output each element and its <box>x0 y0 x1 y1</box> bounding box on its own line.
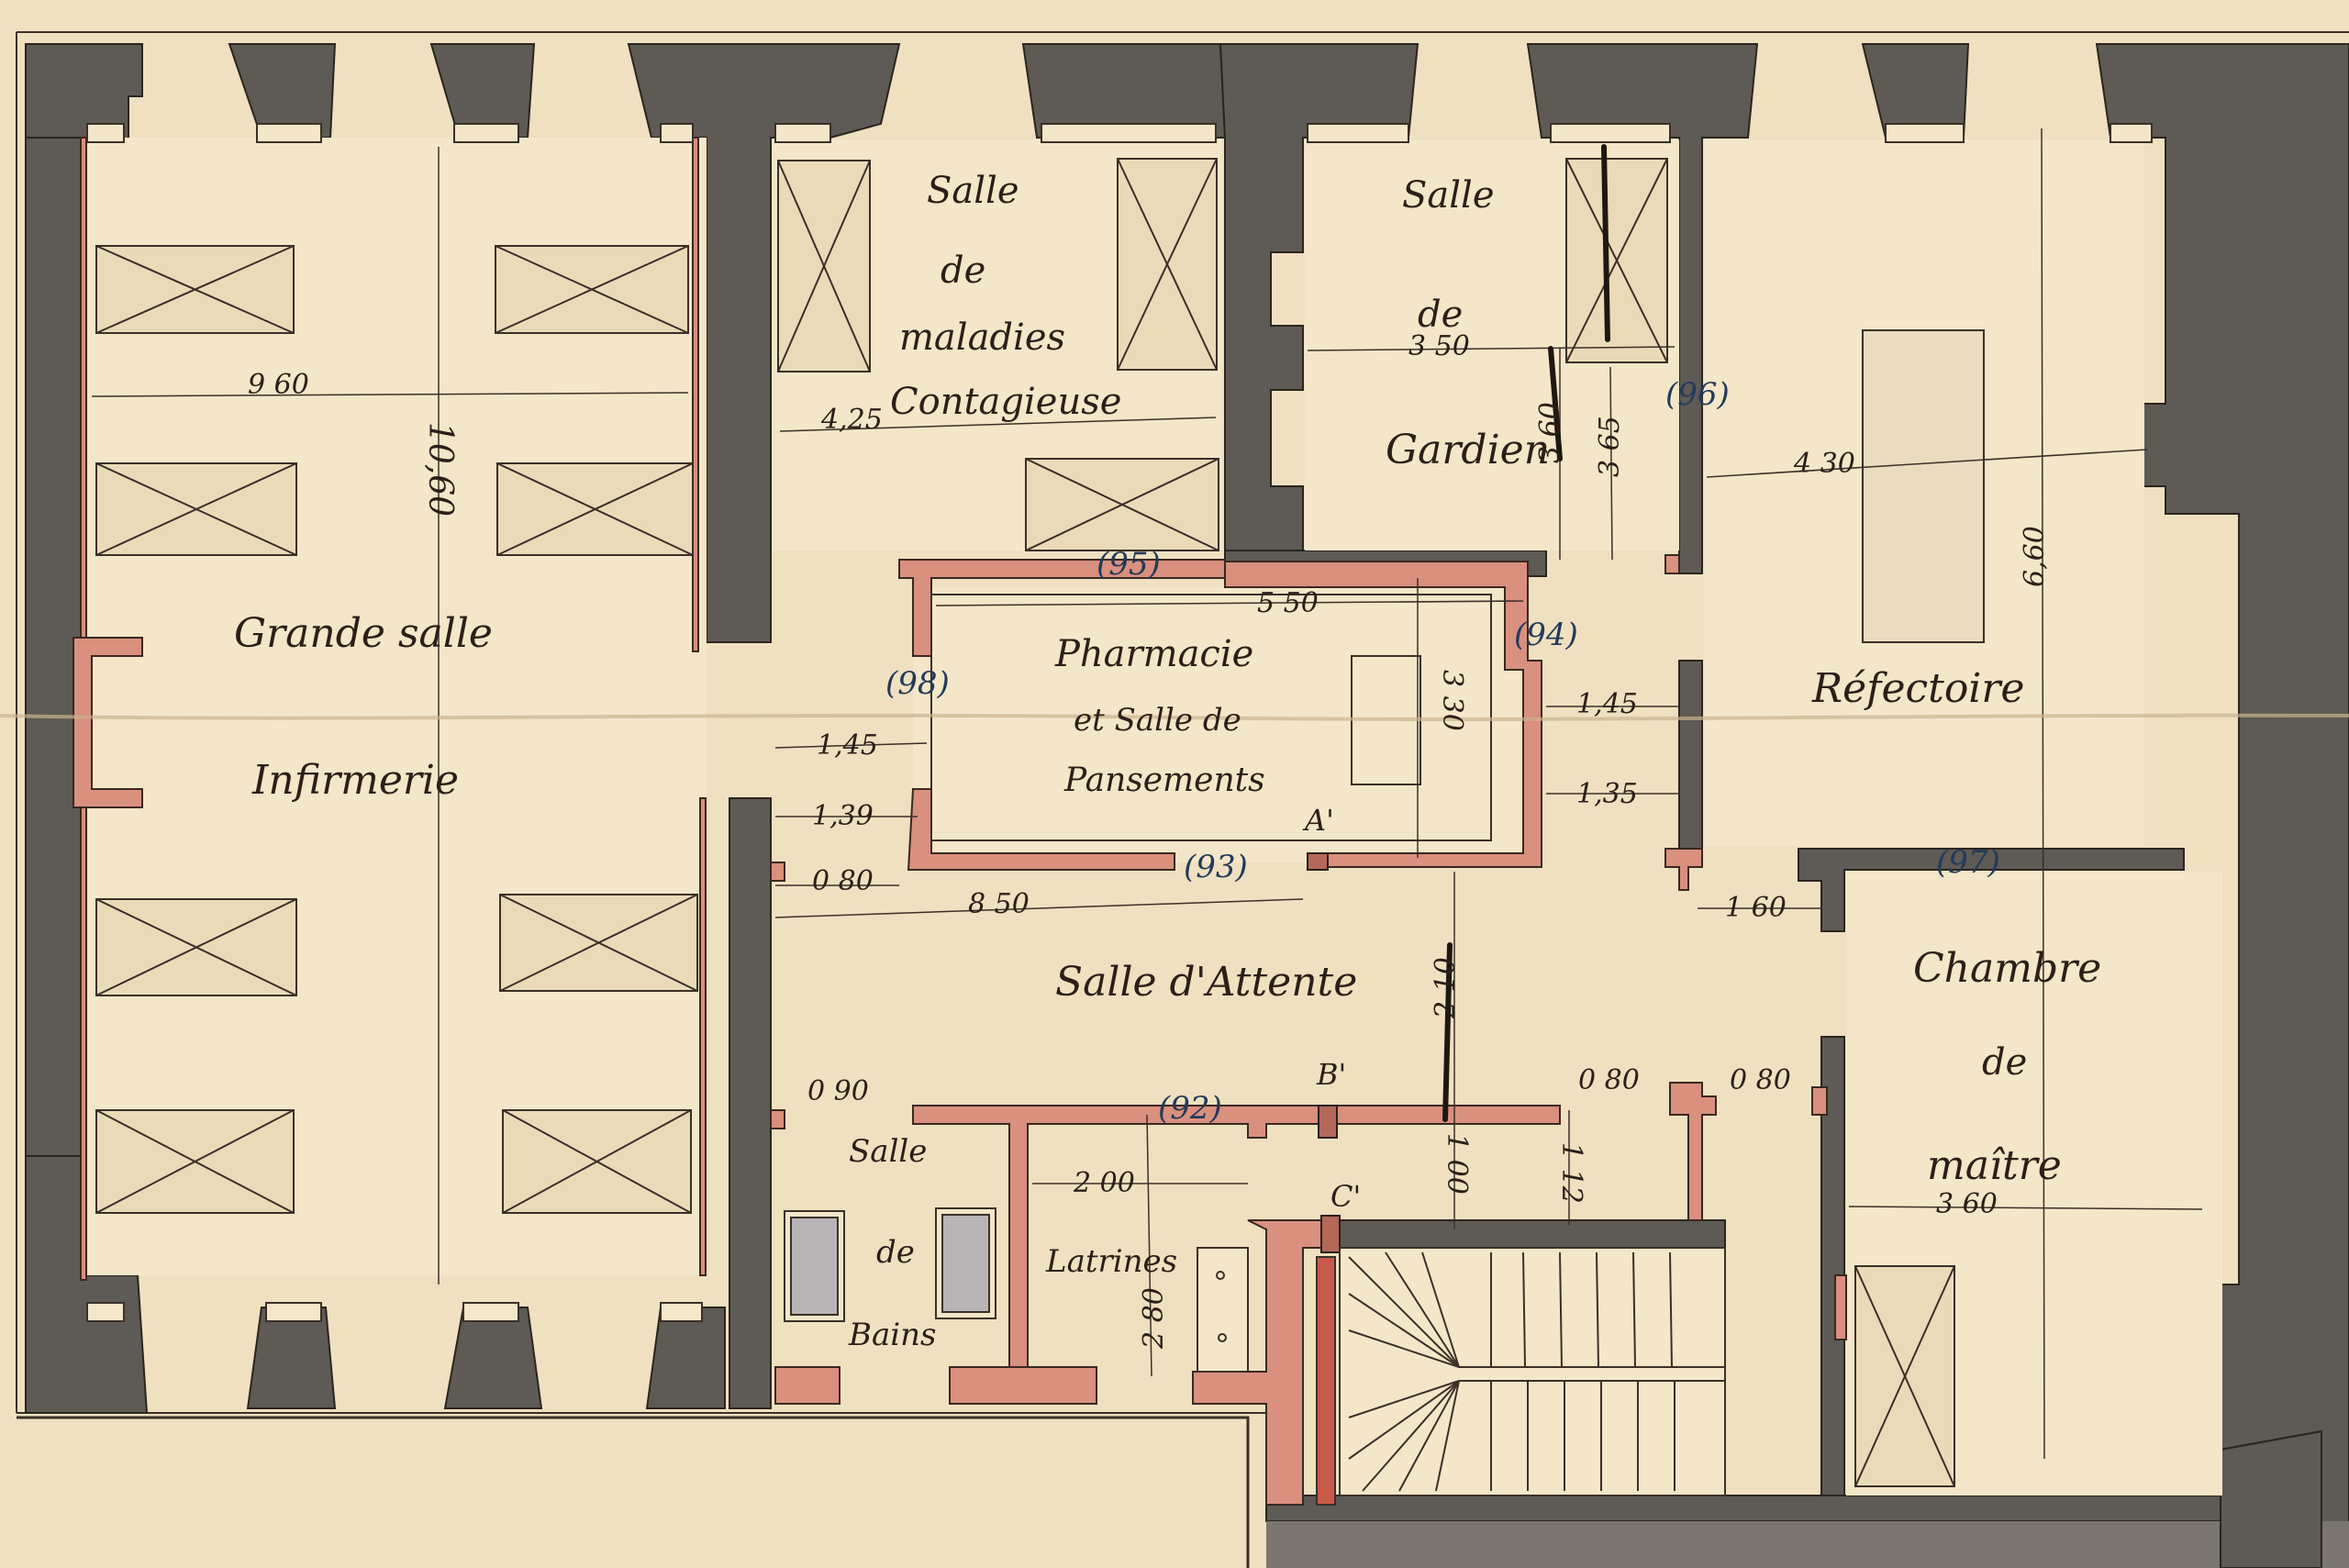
label-contagieuse-3: maladies <box>899 317 1065 359</box>
label-chambre-1: Chambre <box>1913 945 2101 992</box>
room-number-92: (92) <box>1158 1090 1222 1127</box>
dim-latrines-width: 2 00 <box>1074 1167 1135 1199</box>
dim-corridor-c: 0 80 <box>812 865 874 897</box>
dim-gardien-len-a: 3 60 <box>1534 402 1566 463</box>
dim-grande-width: 9 60 <box>248 369 309 401</box>
dim-gardien-width: 3 50 <box>1408 330 1470 362</box>
dim-bains-door: 0 90 <box>807 1075 869 1107</box>
dim-latrines-depth: 2 80 <box>1138 1287 1170 1349</box>
latrine-seat <box>1197 1248 1248 1372</box>
label-salle-attente: Salle d'Attente <box>1055 959 1357 1006</box>
room-number-95: (95) <box>1097 546 1161 583</box>
dim-door-080a: 0 80 <box>1578 1064 1640 1096</box>
label-contagieuse-4: Contagieuse <box>890 381 1121 423</box>
dim-contagieuse-width: 4,25 <box>821 404 883 436</box>
dim-attente-length: 8 50 <box>968 888 1030 920</box>
label-pharmacie-1: Pharmacie <box>1055 633 1253 675</box>
dim-door-080b: 0 80 <box>1730 1064 1791 1096</box>
label-latrines: Latrines <box>1046 1243 1177 1280</box>
dim-corridor-b: 1,39 <box>812 800 874 832</box>
refectoire-table <box>1863 330 1984 642</box>
room-number-97: (97) <box>1936 844 2000 881</box>
label-grande-salle: Grande salle <box>234 610 493 657</box>
room-number-98: (98) <box>885 665 950 702</box>
label-chambre-2: de <box>1982 1041 2027 1084</box>
label-bains-1: Salle <box>849 1133 927 1170</box>
label-gardien-3: Gardien <box>1386 427 1550 473</box>
dim-right-corridor-b: 1,35 <box>1576 778 1638 810</box>
label-bains-2: de <box>876 1234 915 1271</box>
label-gardien-1: Salle <box>1402 174 1495 217</box>
dim-pharmacie-depth: 3 30 <box>1436 670 1468 731</box>
dim-corridor-a: 1,45 <box>817 729 878 762</box>
label-infirmerie: Infirmerie <box>252 757 459 804</box>
dim-chambre-width: 3 60 <box>1936 1188 1998 1220</box>
dim-refectoire-length: 6,60 <box>2019 526 2051 587</box>
dim-grande-length: 10,60 <box>421 422 459 517</box>
dim-pharmacie-width: 5 50 <box>1257 587 1319 619</box>
dim-passage-160: 1 60 <box>1725 892 1787 924</box>
room-number-93: (93) <box>1184 849 1248 885</box>
label-contagieuse-2: de <box>941 250 985 292</box>
room-number-94: (94) <box>1514 617 1578 653</box>
label-pharmacie-2: et Salle de <box>1074 702 1241 739</box>
label-refectoire: Réfectoire <box>1812 665 2024 712</box>
section-mark-b: B' <box>1317 1057 1346 1092</box>
dim-attente-height: 2 10 <box>1430 957 1462 1018</box>
label-chambre-3: maître <box>1927 1142 2062 1189</box>
label-bains-3: Bains <box>849 1317 936 1353</box>
room-number-96: (96) <box>1665 376 1730 413</box>
label-pharmacie-3: Pansements <box>1064 762 1265 799</box>
dim-right-corridor-a: 1,45 <box>1576 688 1638 720</box>
dim-gardien-len-b: 3 65 <box>1594 416 1626 477</box>
staircase <box>1317 1248 1725 1505</box>
label-contagieuse-1: Salle <box>927 170 1019 212</box>
section-mark-a: A' <box>1305 803 1334 838</box>
dim-stair-112: 1 12 <box>1555 1142 1587 1204</box>
section-mark-c: C' <box>1330 1179 1361 1214</box>
dim-refectoire-width: 4 30 <box>1794 448 1855 480</box>
dim-stair-100: 1 00 <box>1441 1133 1473 1195</box>
